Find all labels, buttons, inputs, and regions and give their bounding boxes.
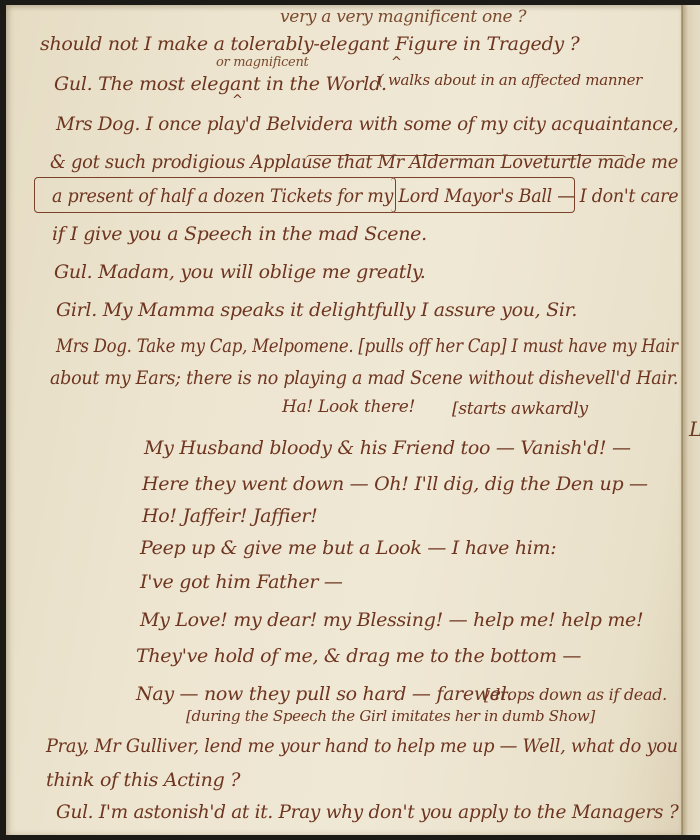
insertion-caret-icon: ^ — [391, 55, 402, 70]
verse-line: Here they went down — Oh! I'll dig, dig … — [142, 473, 648, 495]
manuscript-line: Pray, Mr Gulliver, lend me your hand to … — [46, 735, 678, 757]
stage-direction: [drops down as if dead. — [484, 685, 667, 704]
speaker-name: Mrs Dog. — [56, 113, 140, 135]
speech-text: My Mamma speaks it delightfully I assure… — [103, 299, 577, 321]
speech-text: I'm astonish'd at it. Pray why don't you… — [99, 801, 679, 823]
manuscript-line: & got such prodigious Applause that Mr A… — [50, 151, 678, 173]
stage-direction: [during the Speech the Girl imitates her… — [186, 707, 595, 725]
manuscript-line: Gul. Madam, you will oblige me greatly. — [54, 261, 426, 283]
speech-text: I once play'd Belvidera with some of my … — [146, 113, 679, 135]
manuscript-line: Girl. My Mamma speaks it delightfully I … — [56, 299, 577, 321]
verse-line: Ho! Jaffeir! Jaffier! — [142, 505, 318, 527]
manuscript-line: about my Ears; there is no playing a mad… — [50, 367, 678, 389]
verse-line: Ha! Look there! — [282, 397, 415, 417]
stage-direction: [starts awkardly — [452, 399, 588, 419]
verse-line: Peep up & give me but a Look — I have hi… — [140, 537, 556, 559]
speaker-name: Gul. — [56, 801, 93, 823]
interlinear-insertion: or magnificent — [216, 55, 308, 70]
manuscript-line: should not I make a tolerably-elegant Fi… — [40, 33, 579, 55]
manuscript-frame: very a very magnificent one ? should not… — [0, 0, 700, 840]
manuscript-line: Mrs Dog. Take my Cap, Melpomene. [pulls … — [56, 335, 678, 357]
speaker-name: Gul. — [54, 261, 92, 283]
next-page-letter: L — [689, 417, 700, 441]
speaker-name: Mrs Dog. — [56, 335, 132, 357]
stage-direction: ( walks about in an affected manner — [378, 71, 642, 89]
manuscript-line: think of this Acting ? — [46, 769, 240, 791]
verse-line: Nay — now they pull so hard — farewel. — [136, 683, 512, 705]
verse-line: My Husband bloody & his Friend too — Van… — [144, 437, 631, 459]
speech-text: The most elegant in the World. — [98, 73, 387, 95]
manuscript-line: Mrs Dog. I once play'd Belvidera with so… — [56, 113, 678, 135]
manuscript-line: Gul. The most elegant in the World. — [54, 73, 387, 95]
manuscript-line: if I give you a Speech in the mad Scene. — [52, 223, 427, 245]
manuscript-page: very a very magnificent one ? should not… — [6, 5, 682, 835]
verse-line: They've hold of me, & drag me to the bot… — [136, 645, 581, 667]
speaker-name: Gul. — [54, 73, 92, 95]
manuscript-line: a present of half a dozen Tickets for my… — [52, 185, 678, 207]
speaker-name: Girl. — [56, 299, 97, 321]
insertion-caret-icon: ^ — [232, 93, 243, 108]
verse-line: My Love! my dear! my Blessing! — help me… — [140, 609, 643, 631]
speech-text: Take my Cap, Melpomene. [pulls off her C… — [137, 335, 678, 357]
next-page-edge: L — [682, 5, 700, 835]
interlinear-insertion: very a very magnificent one ? — [280, 7, 526, 27]
speech-text: Madam, you will oblige me greatly. — [98, 261, 425, 283]
manuscript-line: Gul. I'm astonish'd at it. Pray why don'… — [56, 801, 678, 823]
verse-line: I've got him Father — — [140, 571, 343, 593]
